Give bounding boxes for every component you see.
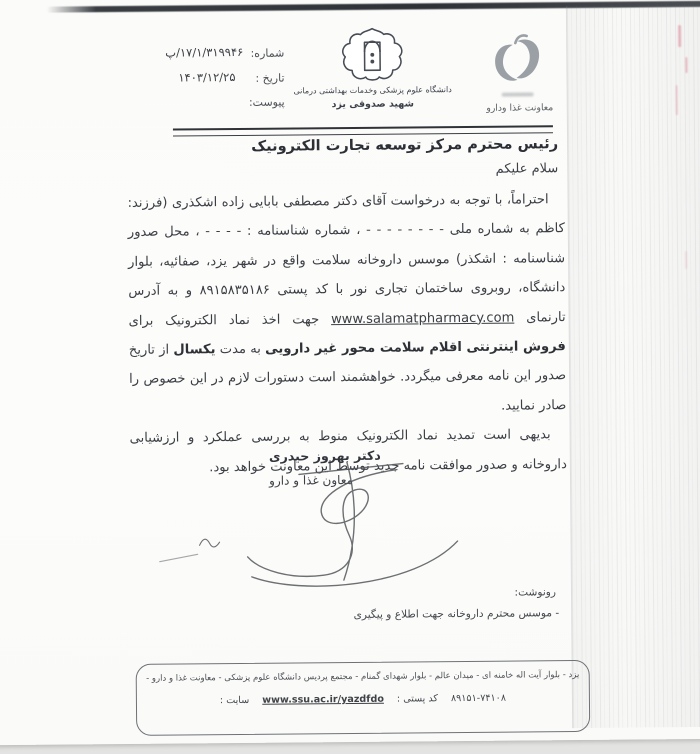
recipient-title: رئیس محترم مرکز توسعه تجارت الکترونیک: [251, 135, 558, 155]
footer-address: یزد - بلوار آیت اله خامنه ای - میدان عال…: [137, 670, 589, 684]
cc-label: رونوشت:: [514, 586, 556, 598]
scanned-letter: شماره: ۱۷/۱/۳۱۹۹۴۶/پ تاریخ : ۱۴۰۳/۱۲/۲۵ …: [0, 0, 700, 754]
university-emblem-icon: [337, 25, 408, 84]
footer-line2: سایت : www.ssu.ac.ir/yazdfdo کد پستی : ۸…: [137, 692, 589, 707]
scan-pink-mark: [685, 57, 687, 73]
p1-bold1: فروش اینترنتی اقلام سلامت محور غیر داروی…: [265, 339, 566, 357]
logo-caption-smudge: [502, 92, 534, 96]
scan-pink-mark: [678, 25, 681, 47]
paper-page: شماره: ۱۷/۱/۳۱۹۹۴۶/پ تاریخ : ۱۴۰۳/۱۲/۲۵ …: [0, 0, 700, 745]
letter-body: احتراماً، با توجه به درخواست آقای دکتر م…: [127, 185, 567, 483]
paragraph-1: احتراماً، با توجه به درخواست آقای دکتر م…: [127, 185, 566, 424]
scan-streak-texture: [566, 5, 700, 728]
date-label: تاریخ :: [255, 72, 284, 85]
postal-value: ۸۹۱۵۱-۷۴۱۰۸: [451, 693, 506, 704]
p1-seg2: جهت اخذ نماد الکترونیک برای: [129, 312, 332, 329]
salutation: سلام علیکم: [496, 161, 559, 177]
p1-seg1: احتراماً، با توجه به درخواست آقای دکتر م…: [128, 192, 566, 325]
date-value: ۱۴۰۳/۱۲/۲۵: [178, 70, 235, 84]
pharmacy-url: www.salamatpharmacy.com: [331, 310, 514, 327]
p1-seg3: به مدت: [215, 342, 265, 357]
p1-bold2: یکسال: [173, 342, 215, 357]
cc-item: - موسس محترم داروخانه جهت اطلاع و پیگیری: [353, 607, 559, 621]
fda-deputy-caption: معاونت غذا ودارو: [458, 102, 582, 114]
number-label: شماره:: [251, 47, 285, 60]
signature-scribble: [151, 447, 472, 590]
footer-contact-box: یزد - بلوار آیت اله خامنه ای - میدان عال…: [136, 660, 591, 736]
university-name-line2: شهید صدوقی یزد: [286, 98, 460, 111]
site-label: سایت :: [220, 695, 249, 706]
university-name-line1: دانشگاه علوم پزشکی وخدمات بهداشتی درمانی: [286, 85, 460, 96]
scan-pink-mark: [676, 85, 678, 115]
fda-apple-icon: [487, 32, 545, 89]
site-url: www.ssu.ac.ir/yazdfdo: [262, 694, 384, 706]
scan-pink-mark: [685, 251, 687, 269]
number-value: ۱۷/۱/۳۱۹۹۴۶/پ: [165, 45, 243, 60]
attachment-label: پیوست:: [249, 96, 285, 109]
postal-label: کد پستی :: [397, 693, 438, 704]
